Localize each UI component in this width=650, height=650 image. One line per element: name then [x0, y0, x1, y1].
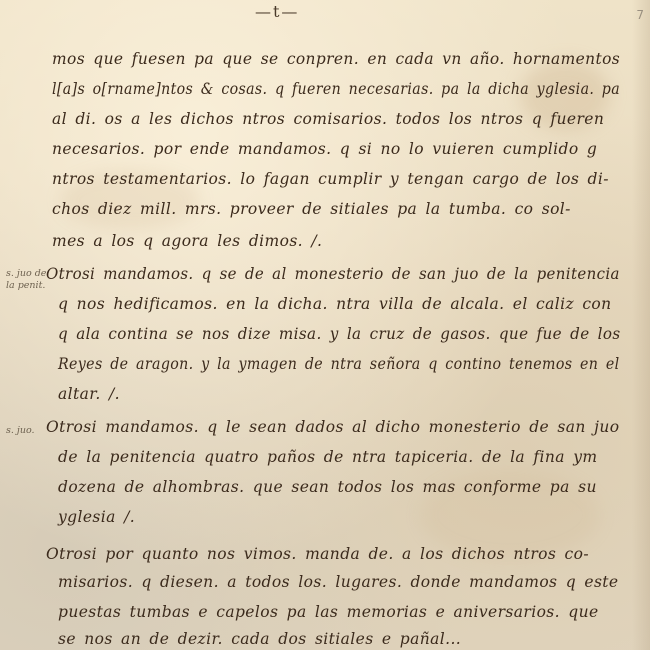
text-line: al di. os a les dichos ntros comisarios.… [52, 110, 604, 128]
text-line: Otrosi mandamos. q le sean dados al dich… [46, 418, 619, 436]
text-line: yglesia /. [58, 508, 135, 526]
text-line: q ala contina se nos dize misa. y la cru… [58, 325, 621, 343]
page-edge [632, 0, 650, 650]
text-line: ntros testamentarios. lo fagan cumplir y… [52, 170, 609, 188]
text-line: se nos an de dezir. cada dos sitiales e … [58, 630, 461, 648]
text-line: puestas tumbas e capelos pa las memorias… [58, 603, 599, 621]
text-line: dozena de alhombras. que sean todos los … [58, 478, 597, 496]
text-line: mes a los q agora les dimos. /. [52, 232, 322, 250]
text-line: Otrosi por quanto nos vimos. manda de. a… [46, 545, 589, 563]
margin-note: s. juo de la penit. [6, 268, 50, 292]
text-line: chos diez mill. mrs. proveer de sitiales… [52, 200, 571, 218]
manuscript-page: 7 —t— mos que fuesen pa que se conpren. … [0, 0, 650, 650]
text-line: mos que fuesen pa que se conpren. en cad… [52, 50, 620, 68]
text-line: l[a]s o[rname]ntos & cosas. q fueren nec… [52, 80, 620, 98]
text-line: misarios. q diesen. a todos los. lugares… [58, 573, 619, 591]
text-line: q nos hedificamos. en la dicha. ntra vil… [58, 295, 612, 313]
folio-number: 7 [636, 8, 644, 22]
text-line: altar. /. [58, 385, 120, 403]
top-mark: —t— [255, 2, 299, 21]
text-line: Reyes de aragon. y la ymagen de ntra señ… [58, 355, 620, 373]
text-line: necesarios. por ende mandamos. q si no l… [52, 140, 597, 158]
text-line: de la penitencia quatro paños de ntra ta… [58, 448, 598, 466]
text-line: Otrosi mandamos. q se de al monesterio d… [46, 265, 620, 283]
margin-note: s. juo. [6, 425, 35, 436]
